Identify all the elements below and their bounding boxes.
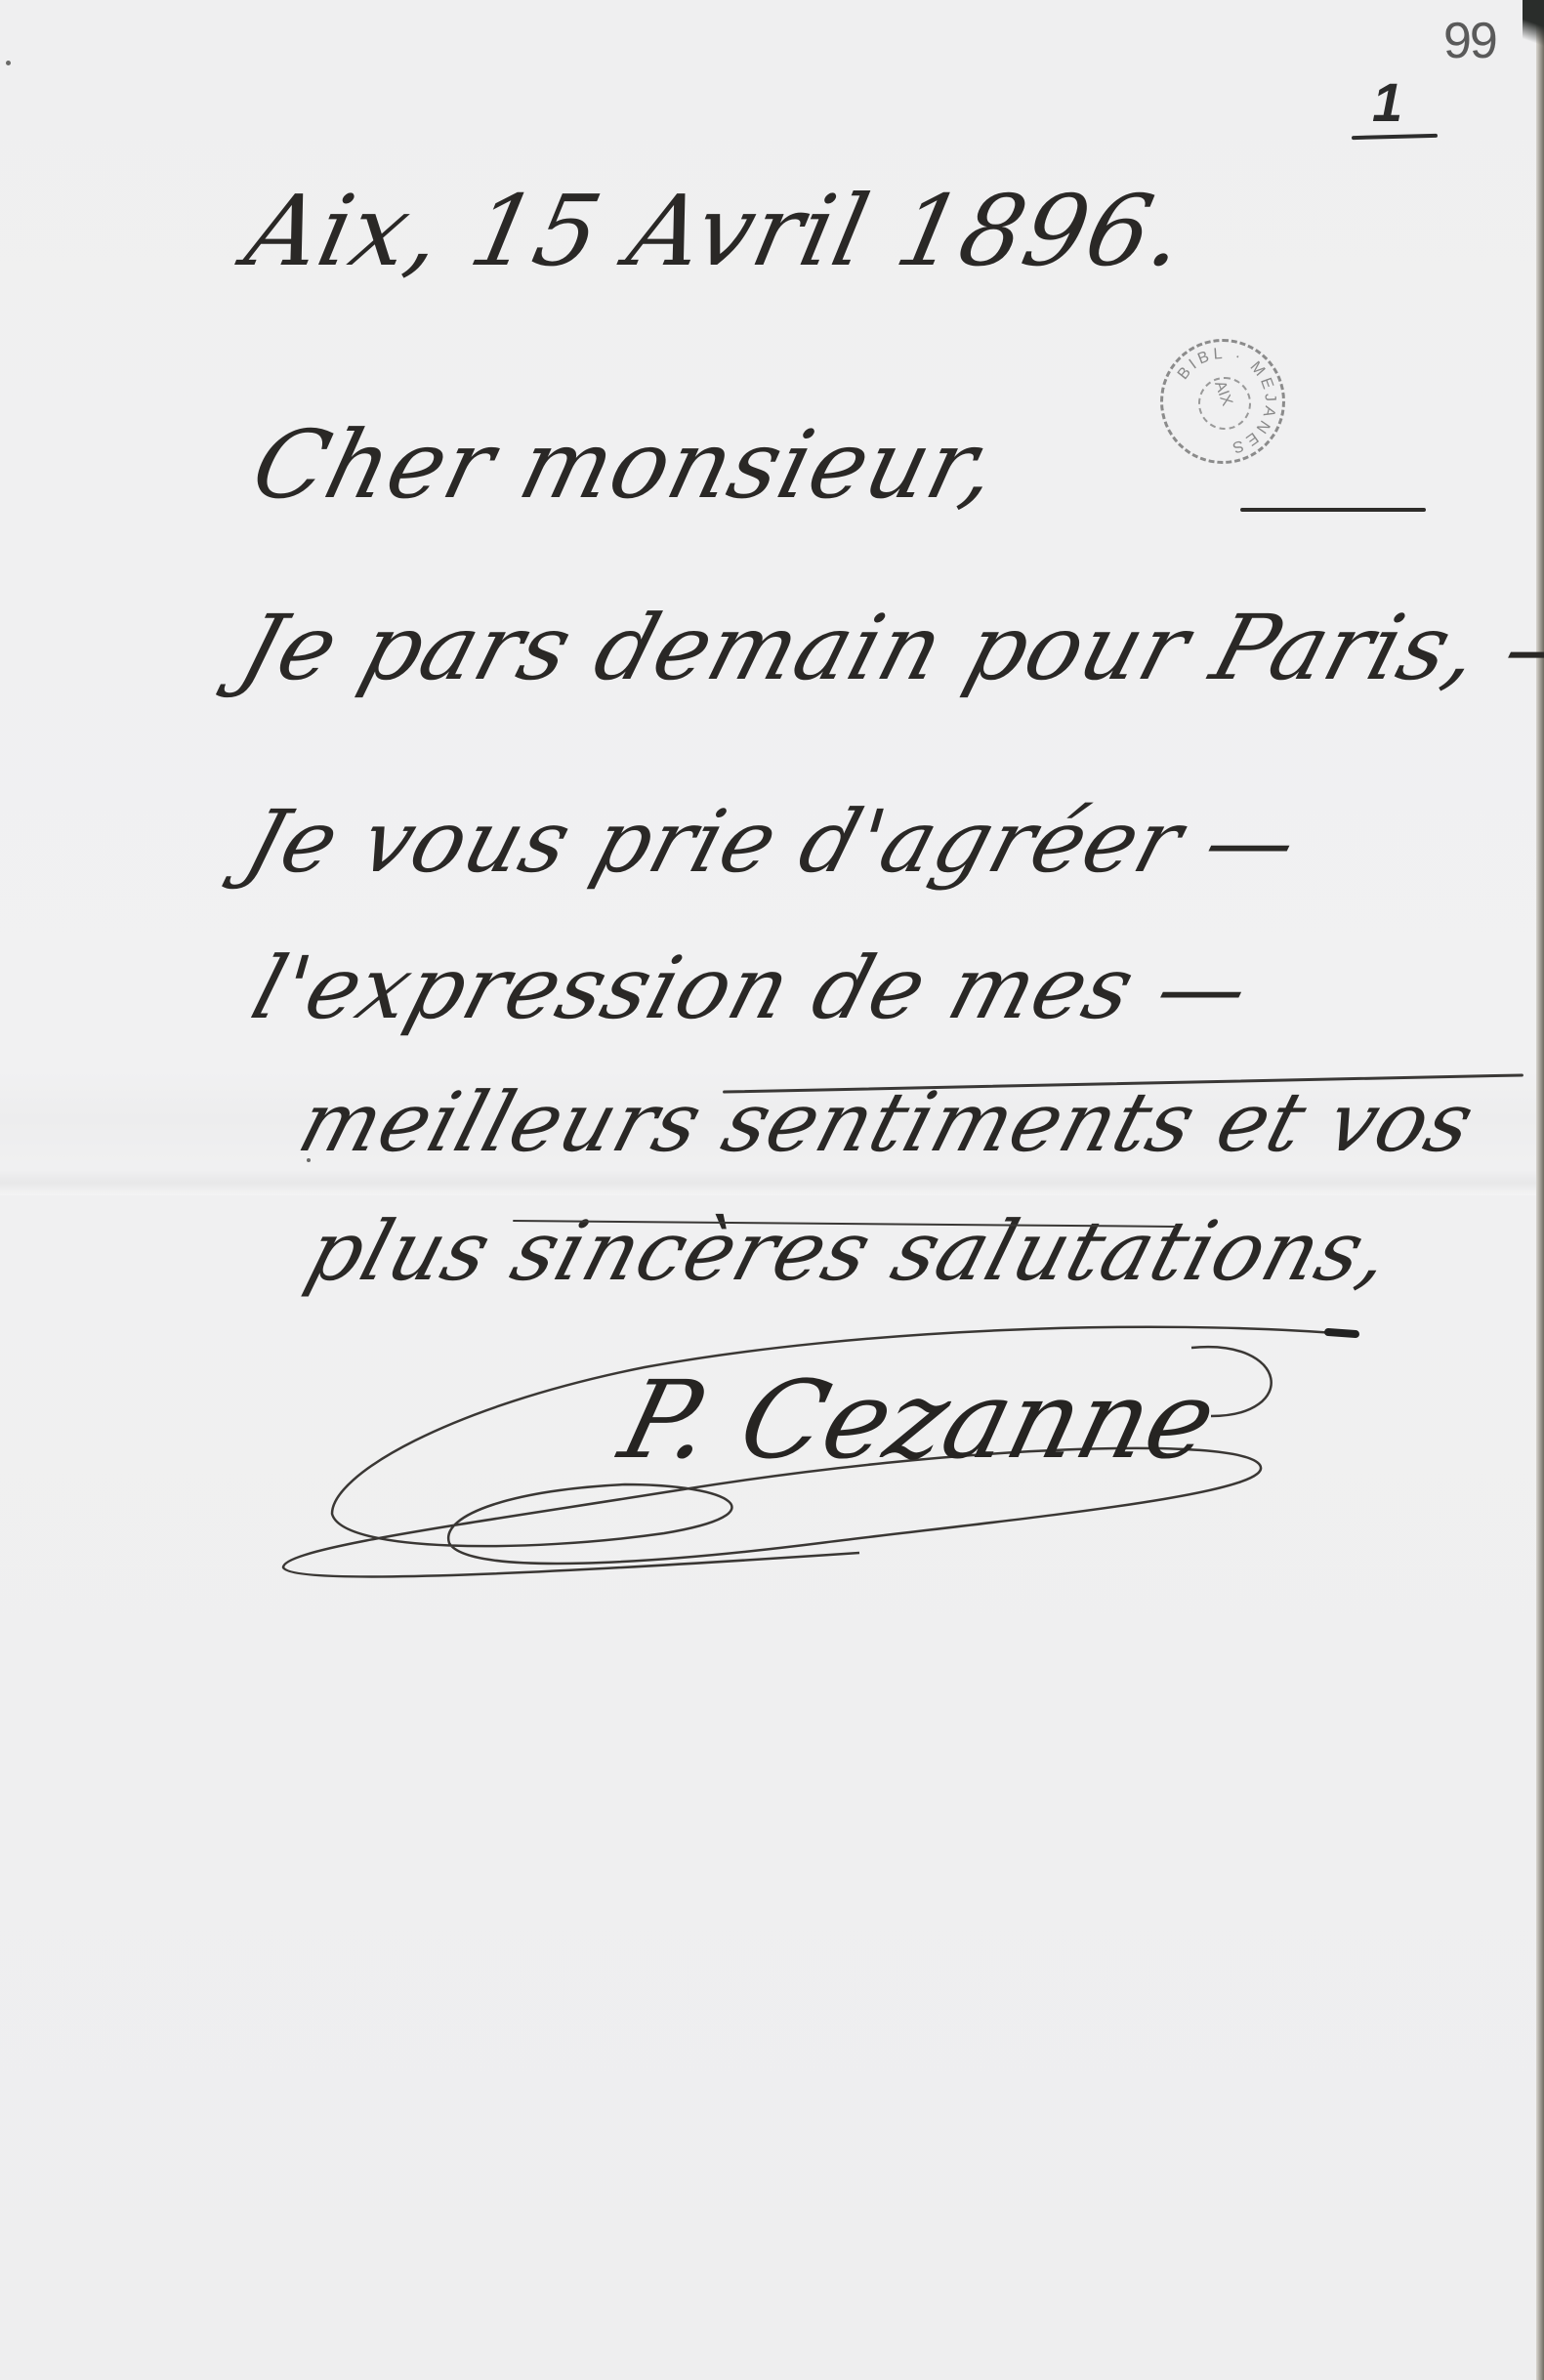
letter-body-line: Je vous prie d'agréer — [234, 791, 1310, 892]
library-stamp: BIBL · MEJANES AIX [1160, 339, 1285, 464]
folio-number-ink: 1 [1372, 70, 1402, 134]
letter-body-line: Je pars demain pour Paris, — [230, 596, 1544, 700]
letter-signature: P. Cezanne [609, 1357, 1228, 1482]
letter-body-line: l'expression de mes — [241, 938, 1261, 1038]
letter-date-line: Aix, 15 Avril 1896. [237, 174, 1196, 288]
letter-body-line: plus sincères salutations, [297, 1203, 1402, 1299]
scan-corner-shadow [1523, 0, 1544, 59]
paper-edge [1536, 0, 1544, 2380]
salutation-dash [1240, 508, 1426, 512]
paper-fold-line [0, 1170, 1539, 1195]
folio-number-pencil: 99 [1443, 12, 1496, 70]
paper-speck [6, 61, 11, 65]
letter-salutation: Cher monsieur, [242, 410, 1010, 520]
